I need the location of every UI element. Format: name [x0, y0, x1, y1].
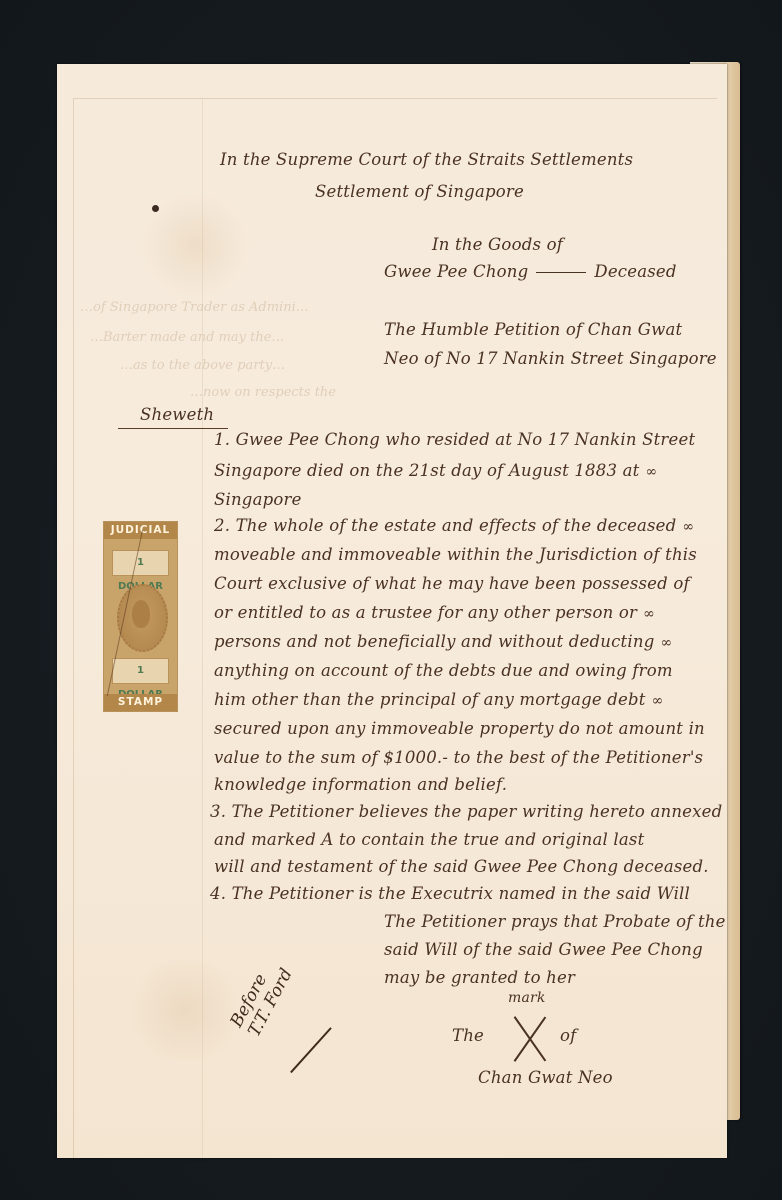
court-heading-line1: In the Supreme Court of the Straits Sett…	[220, 150, 633, 169]
petition-title-line2: Neo of No 17 Nankin Street Singapore	[384, 349, 717, 368]
paragraph-2-line: Court exclusive of what he may have been…	[214, 574, 690, 593]
prayer-line: said Will of the said Gwee Pee Chong	[384, 940, 703, 959]
paragraph-4-line: 4. The Petitioner is the Executrix named…	[210, 884, 690, 903]
court-heading-line2: Settlement of Singapore	[315, 182, 524, 201]
show-through-text: …now on respects the	[190, 385, 336, 400]
paragraph-2-line: knowledge information and belief.	[214, 775, 507, 794]
petition-title-line1: The Humble Petition of Chan Gwat	[384, 320, 682, 339]
paragraph-1-line: Singapore	[214, 490, 302, 509]
prayer-line: may be granted to her	[384, 968, 575, 987]
signature-x-mark	[512, 1014, 548, 1060]
sheweth-heading: Sheweth	[140, 405, 214, 424]
paragraph-2-line: anything on account of the debts due and…	[214, 661, 673, 680]
signature-mark-label: mark	[508, 990, 546, 1006]
paragraph-3-line: will and testament of the said Gwee Pee …	[214, 857, 709, 876]
show-through-text: …as to the above party…	[120, 358, 285, 373]
signature-the: The	[452, 1026, 484, 1045]
paragraph-3-line: 3. The Petitioner believes the paper wri…	[210, 802, 722, 821]
paragraph-2-line: him other than the principal of any mort…	[214, 690, 664, 709]
paragraph-2-line: moveable and immoveable within the Juris…	[214, 545, 697, 564]
show-through-text: …Barter made and may the…	[90, 330, 284, 345]
paragraph-2-line: 2. The whole of the estate and effects o…	[214, 516, 694, 535]
paper-stain	[120, 960, 250, 1060]
paragraph-1-line: Singapore died on the 21st day of August…	[214, 461, 657, 480]
paragraph-2-line: secured upon any immoveable property do …	[214, 719, 705, 738]
deceased-line: Gwee Pee ChongDeceased	[384, 262, 677, 281]
sheweth-underline	[118, 428, 228, 429]
deceased-status: Deceased	[594, 262, 676, 281]
in-the-goods-label: In the Goods of	[432, 235, 563, 254]
paragraph-1-line: 1. Gwee Pee Chong who resided at No 17 N…	[214, 430, 695, 449]
dash-rule	[536, 272, 586, 273]
show-through-text: …of Singapore Trader as Admini…	[80, 300, 309, 315]
prayer-line: The Petitioner prays that Probate of the	[384, 912, 726, 931]
deceased-name: Gwee Pee Chong	[384, 262, 528, 281]
paragraph-2-line: or entitled to as a trustee for any othe…	[214, 603, 655, 622]
paragraph-3-line: and marked A to contain the true and ori…	[214, 830, 644, 849]
paragraph-2-line: value to the sum of $1000.- to the best …	[214, 748, 703, 767]
signature-name: Chan Gwat Neo	[478, 1068, 613, 1087]
judicial-stamp: JUDICIAL 1 DOLLAR 1 DOLLAR STAMP	[103, 521, 178, 712]
pin-hole	[152, 205, 159, 212]
signature-of: of	[560, 1026, 576, 1045]
paragraph-2-line: persons and not beneficially and without…	[214, 632, 672, 651]
